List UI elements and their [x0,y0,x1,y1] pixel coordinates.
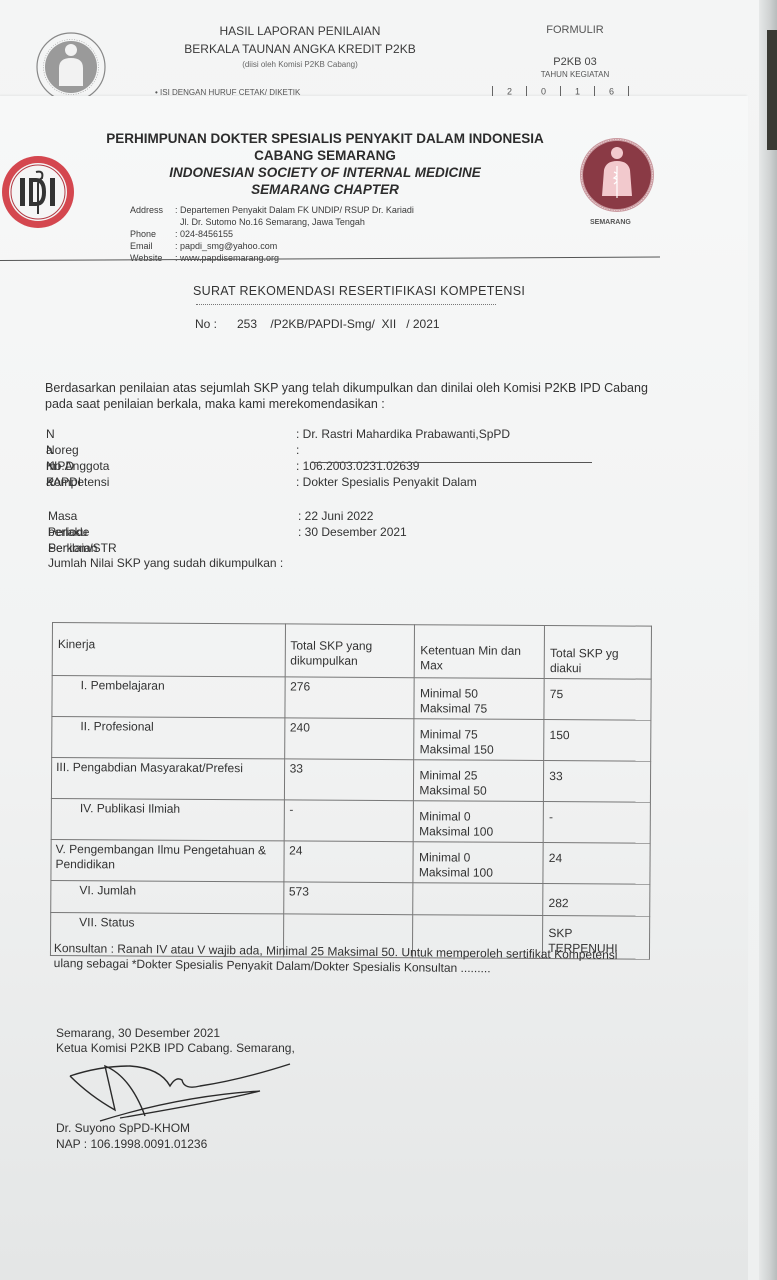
form-title-line1: HASIL LAPORAN PENILAIAN [160,22,440,40]
contact-phone: Phone: 024-8456155 [130,228,414,240]
cell-kinerja: VI. Jumlah [51,880,284,913]
letter-number: No : 253 /P2KB/PAPDI-Smg/ XII / 2021 [195,317,440,331]
title-dotted-rule [196,304,496,305]
intro-paragraph: Berdasarkan penilaian atas sejumlah SKP … [45,380,655,412]
papdi-seal-label: SEMARANG [590,219,631,226]
col-kinerja: Kinerja [52,623,285,677]
table-row: I. Pembelajaran276Minimal 50Maksimal 757… [52,676,651,721]
cell-dikumpulkan: 33 [284,759,414,801]
year-label: TAHUN KEGIATAN [520,70,630,79]
cell-kinerja: I. Pembelajaran [52,676,285,718]
cell-ketentuan: Minimal 50Maksimal 75 [414,678,544,720]
cell-dikumpulkan: 573 [283,882,413,915]
max-value: Maksimal 75 [420,701,539,717]
recommendation-letter: PERHIMPUNAN DOKTER SPESIALIS PENYAKIT DA… [0,96,748,1280]
table-row: VI. Jumlah573282 [51,880,650,916]
form-title-line2: BERKALA TAUNAN ANGKA KREDIT P2KB [160,40,440,58]
org-name-en: INDONESIAN SOCIETY OF INTERNAL MEDICINE [80,164,570,181]
table-row: IV. Publikasi Ilmiah-Minimal 0Maksimal 1… [51,798,650,843]
org-heading: PERHIMPUNAN DOKTER SPESIALIS PENYAKIT DA… [80,130,570,198]
min-value [419,923,538,924]
cell-kinerja: II. Profesional [52,717,285,759]
max-value: Maksimal 150 [420,742,539,758]
cell-dikumpulkan: 240 [284,718,414,760]
cell-kinerja: III. Pengabdian Masyarakat/Prefesi [51,758,284,800]
cell-ketentuan [413,883,543,916]
cell-diakui: 33 [544,761,651,803]
cell-dikumpulkan: - [284,800,414,842]
cell-diakui: - [543,802,650,844]
idi-logo-icon [0,154,76,230]
max-value [419,891,538,892]
table-header-row: Kinerja Total SKP yang dikumpulkan Keten… [52,623,651,680]
signer-name: Dr. Suyono SpPD-KHOM [56,1120,207,1136]
min-value: Minimal 25 [419,768,538,784]
cell-kinerja: V. Pengembangan Ilmu Pengetahuan & Pendi… [51,839,284,881]
form-code-block: FORMULIR P2KB 03 TAHUN KEGIATAN [520,24,630,79]
min-value: Minimal 0 [419,850,538,866]
form-subtitle: (diisi oleh Komisi P2KB Cabang) [160,60,440,69]
cell-ketentuan: Minimal 0Maksimal 100 [414,801,544,843]
cell-diakui: 282 [543,884,650,917]
year-digit: 2 [507,86,512,96]
min-value: Minimal 50 [420,686,539,702]
min-value: Minimal 0 [419,809,538,825]
year-digit: 6 [609,86,614,96]
contact-email: Email: papdi_smg@yahoo.com [130,240,414,252]
min-value [419,891,538,892]
cell-dikumpulkan: 24 [283,841,413,883]
col-dikumpulkan: Total SKP yang dikumpulkan [285,624,415,678]
year-digit: 0 [541,86,546,96]
paper-stack-edge [759,0,777,1280]
back-form-header: KOLEGIUM HASIL LAPORAN PENILAIAN BERKALA… [0,0,762,110]
table-row: III. Pengabdian Masyarakat/Prefesi33Mini… [51,758,650,803]
col-diakui: Total SKP yg diakui [544,626,651,680]
skp-total-label: Jumlah Nilai SKP yang sudah dikumpulkan … [48,556,283,570]
cell-ketentuan: Minimal 25Maksimal 50 [414,760,544,802]
org-name-id: PERHIMPUNAN DOKTER SPESIALIS PENYAKIT DA… [80,130,570,147]
place-date: Semarang, 30 Desember 2021 [56,1026,295,1041]
noreg-blank-line [312,462,592,463]
background-edge [767,30,777,150]
skp-table: Kinerja Total SKP yang dikumpulkan Keten… [50,622,652,960]
form-title: HASIL LAPORAN PENILAIAN BERKALA TAUNAN A… [160,22,440,58]
year-digit: 1 [575,86,580,96]
signature-icon [60,1046,310,1126]
table-row: II. Profesional240Minimal 75Maksimal 150… [52,717,651,762]
papdi-seal-icon [578,136,656,214]
org-branch-en: SEMARANG CHAPTER [80,181,570,198]
col-ketentuan: Ketentuan Min dan Max [415,625,545,679]
cell-diakui: 150 [544,720,651,762]
cell-ketentuan: Minimal 75Maksimal 150 [414,719,544,761]
cell-kinerja: IV. Publikasi Ilmiah [51,798,284,840]
letter-title: SURAT REKOMENDASI RESERTIFIKASI KOMPETEN… [193,284,525,298]
contact-address: Address: Departemen Penyakit Dalam FK UN… [130,204,414,216]
contact-address-2: Jl. Dr. Sutomo No.16 Semarang, Jawa Teng… [130,216,414,228]
cell-dikumpulkan: 276 [284,677,414,719]
cell-diakui: 24 [543,843,650,885]
min-value: Minimal 75 [420,727,539,743]
max-value: Maksimal 50 [419,783,538,799]
contact-block: Address: Departemen Penyakit Dalam FK UN… [130,204,414,264]
max-value: Maksimal 100 [419,865,538,881]
kolegium-logo-icon [34,30,108,104]
signer-block: Dr. Suyono SpPD-KHOM NAP : 106.1998.0091… [56,1120,207,1152]
consultant-note: Konsultan : Ranah IV atau V wajib ada, M… [54,941,644,978]
cell-diakui: 75 [544,679,651,721]
org-branch-id: CABANG SEMARANG [80,147,570,164]
max-value [419,923,538,924]
form-label: FORMULIR [546,24,603,36]
max-value: Maksimal 100 [419,824,538,840]
form-code: P2KB 03 [520,56,630,68]
cell-ketentuan: Minimal 0Maksimal 100 [413,842,543,884]
signer-nap: NAP : 106.1998.0091.01236 [56,1136,207,1152]
table-row: V. Pengembangan Ilmu Pengetahuan & Pendi… [51,839,650,884]
